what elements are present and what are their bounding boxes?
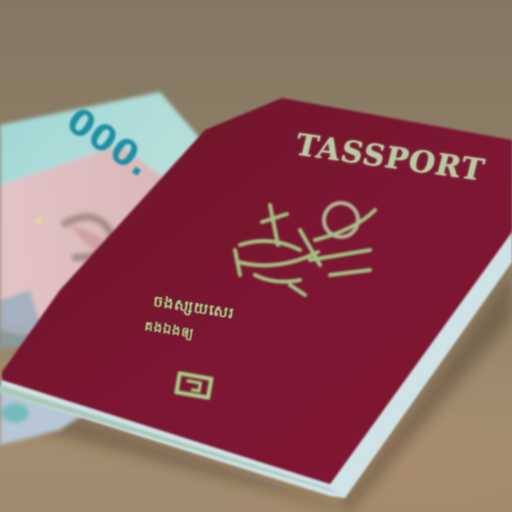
table-surface: 000. TASSPORT ចងស្សយសេរ គងឯងឲ្យ: [0, 0, 512, 512]
photo-layer: [0, 0, 512, 512]
